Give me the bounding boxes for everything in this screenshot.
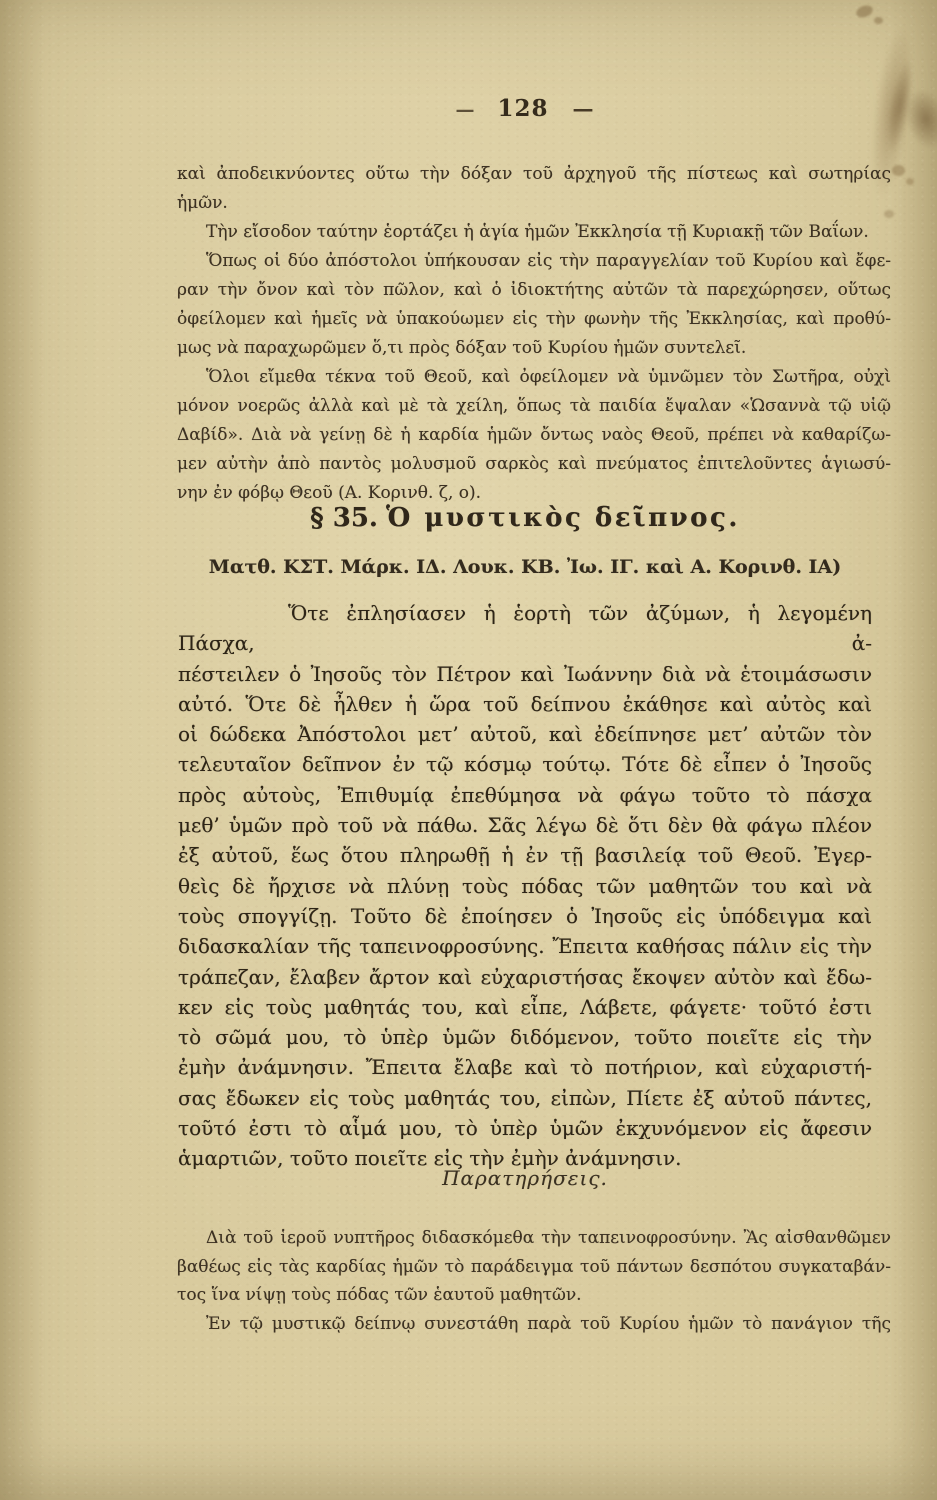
notes-heading: Παρατηρήσεις. [178,1166,872,1190]
text-line: ἐξ αὐτοῦ, ἕως ὅτου πληρωθῇ ἡ ἐν τῇ βασιλ… [178,840,872,870]
paragraph: Ἐν τῷ μυστικῷ δείπνῳ συνεστάθη παρὰ τοῦ … [177,1310,891,1339]
text-line: αὐτό. Ὅτε δὲ ἦλθεν ἡ ὥρα τοῦ δείπνου ἐκά… [178,689,872,719]
page-header: —128— [178,95,872,122]
text-line: Ἐν τῷ μυστικῷ δείπνῳ συνεστάθη παρὰ τοῦ … [177,1310,891,1339]
text-line: βαθέως εἰς τὰς καρδίας ἡμῶν τὸ παράδειγμ… [177,1253,891,1282]
header-dash-right: — [573,96,595,121]
text-line: μόνον νοερῶς ἀλλὰ καὶ μὲ τὰ χείλη, ὅπως … [177,392,891,421]
header-dash-left: — [455,99,475,121]
section-title: Ὁ μυστικὸς δεῖπνος. [386,503,740,533]
section-heading: § 35.Ὁ μυστικὸς δεῖπνος. [178,503,872,533]
text-line: Ὅπως οἱ δύο ἀπόστολοι ὑπήκουσαν εἰς τὴν … [177,247,891,276]
text-line: καὶ ἀποδεικνύοντες οὕτω τὴν δόξαν τοῦ ἀρ… [177,160,891,189]
ink-speck [906,178,914,185]
text-line: διδασκαλίαν τῆς ταπεινοφροσύνης. Ἔπειτα … [178,931,872,961]
intro-section: καὶ ἀποδεικνύοντες οὕτω τὴν δόξαν τοῦ ἀρ… [177,160,891,508]
text-line: οἱ δώδεκα Ἀπόστολοι μετ’ αὐτοῦ, καὶ ἐδεί… [178,719,872,749]
section-body: Ὅτε ἐπλησίασεν ἡ ἑορτὴ τῶν ἀζύμων, ἡ λεγ… [178,598,872,1174]
ink-speck [874,17,883,24]
section-number: § 35. [310,503,378,533]
paragraph: Τὴν εἴσοδον ταύτην ἑορτάζει ἡ ἁγία ἡμῶν … [177,218,891,247]
scripture-references: Ματθ. ΚΣΤ. Μάρκ. ΙΔ. Λουκ. ΚΒ. Ἰω. ΙΓ. κ… [178,556,872,578]
text-line: ἐμὴν ἀνάμνησιν. Ἔπειτα ἔλαβε καὶ τὸ ποτή… [178,1052,872,1082]
text-line: μεθ’ ὑμῶν πρὸ τοῦ νὰ πάθω. Σᾶς λέγω δὲ ὅ… [178,810,872,840]
text-line: Δαβίδ». Διὰ νὰ γείνῃ δὲ ἡ καρδία ἡμῶν ὄν… [177,421,891,450]
page-number: 128 [497,95,548,122]
text-line: πρὸς αὐτοὺς, Ἐπιθυμίᾳ ἐπεθύμησα νὰ φάγω … [178,780,872,810]
text-line: τοῦτό ἐστι τὸ αἷμά μου, τὸ ὑπὲρ ὑμῶν ἐκχ… [178,1113,872,1143]
text-line: σας ἔδωκεν εἰς τοὺς μαθητάς του, εἰπὼν, … [178,1083,872,1113]
text-line: τοὺς σπογγίζῃ. Τοῦτο δὲ ἐποίησεν ὁ Ἰησοῦ… [178,901,872,931]
paragraph: Ὅπως οἱ δύο ἀπόστολοι ὑπήκουσαν εἰς τὴν … [177,247,891,363]
text-line: θεὶς δὲ ἤρχισε νὰ πλύνῃ τοὺς πόδας τῶν μ… [178,871,872,901]
text-line: μως νὰ παραχωρῶμεν ὅ,τι πρὸς δόξαν τοῦ Κ… [177,334,891,363]
ink-stain [899,84,937,154]
text-line: μεν αὐτὴν ἀπὸ παντὸς μολυσμοῦ σαρκὸς καὶ… [177,450,891,479]
ink-stain [882,57,918,155]
text-line: τελευταῖον δεῖπνον ἐν τῷ κόσμῳ τούτῳ. Τό… [178,749,872,779]
ink-speck [855,3,875,19]
text-line: ὀφείλομεν καὶ ἡμεῖς νὰ ὑπακούωμεν εἰς τὴ… [177,305,891,334]
notes-section: Διὰ τοῦ ἱεροῦ νυπτῆρος διδασκόμεθα τὴν τ… [177,1224,891,1338]
text-line: τος ἵνα νίψῃ τοὺς πόδας τῶν ἑαυτοῦ μαθητ… [177,1281,891,1310]
text-line: τράπεζαν, ἔλαβεν ἄρτον καὶ εὐχαριστήσας … [178,962,872,992]
text-line: πέστειλεν ὁ Ἰησοῦς τὸν Πέτρον καὶ Ἰωάννη… [178,659,872,689]
ink-speck [892,165,905,176]
text-line: ἡμῶν. [177,189,891,218]
paragraph: Διὰ τοῦ ἱεροῦ νυπτῆρος διδασκόμεθα τὴν τ… [177,1224,891,1310]
paragraph: Ὅλοι εἴμεθα τέκνα τοῦ Θεοῦ, καὶ ὀφείλομε… [177,363,891,508]
text-line: ραν τὴν ὄνον καὶ τὸν πῶλον, καὶ ὁ ἰδιοκτ… [177,276,891,305]
text-line: Διὰ τοῦ ἱεροῦ νυπτῆρος διδασκόμεθα τὴν τ… [177,1224,891,1253]
text-line: Τὴν εἴσοδον ταύτην ἑορτάζει ἡ ἁγία ἡμῶν … [177,218,891,247]
text-line: Ὅτε ἐπλησίασεν ἡ ἑορτὴ τῶν ἀζύμων, ἡ λεγ… [178,598,872,659]
text-line: Ὅλοι εἴμεθα τέκνα τοῦ Θεοῦ, καὶ ὀφείλομε… [177,363,891,392]
text-line: κεν εἰς τοὺς μαθητάς του, καὶ εἶπε, Λάβε… [178,992,872,1022]
paragraph: καὶ ἀποδεικνύοντες οὕτω τὴν δόξαν τοῦ ἀρ… [177,160,891,218]
text-line: τὸ σῶμά μου, τὸ ὑπὲρ ὑμῶν διδόμενον, τοῦ… [178,1022,872,1052]
book-page-scan: —128— καὶ ἀποδεικνύοντες οὕτω τὴν δόξαν … [0,0,937,1500]
paragraph: Ὅτε ἐπλησίασεν ἡ ἑορτὴ τῶν ἀζύμων, ἡ λεγ… [178,598,872,1174]
